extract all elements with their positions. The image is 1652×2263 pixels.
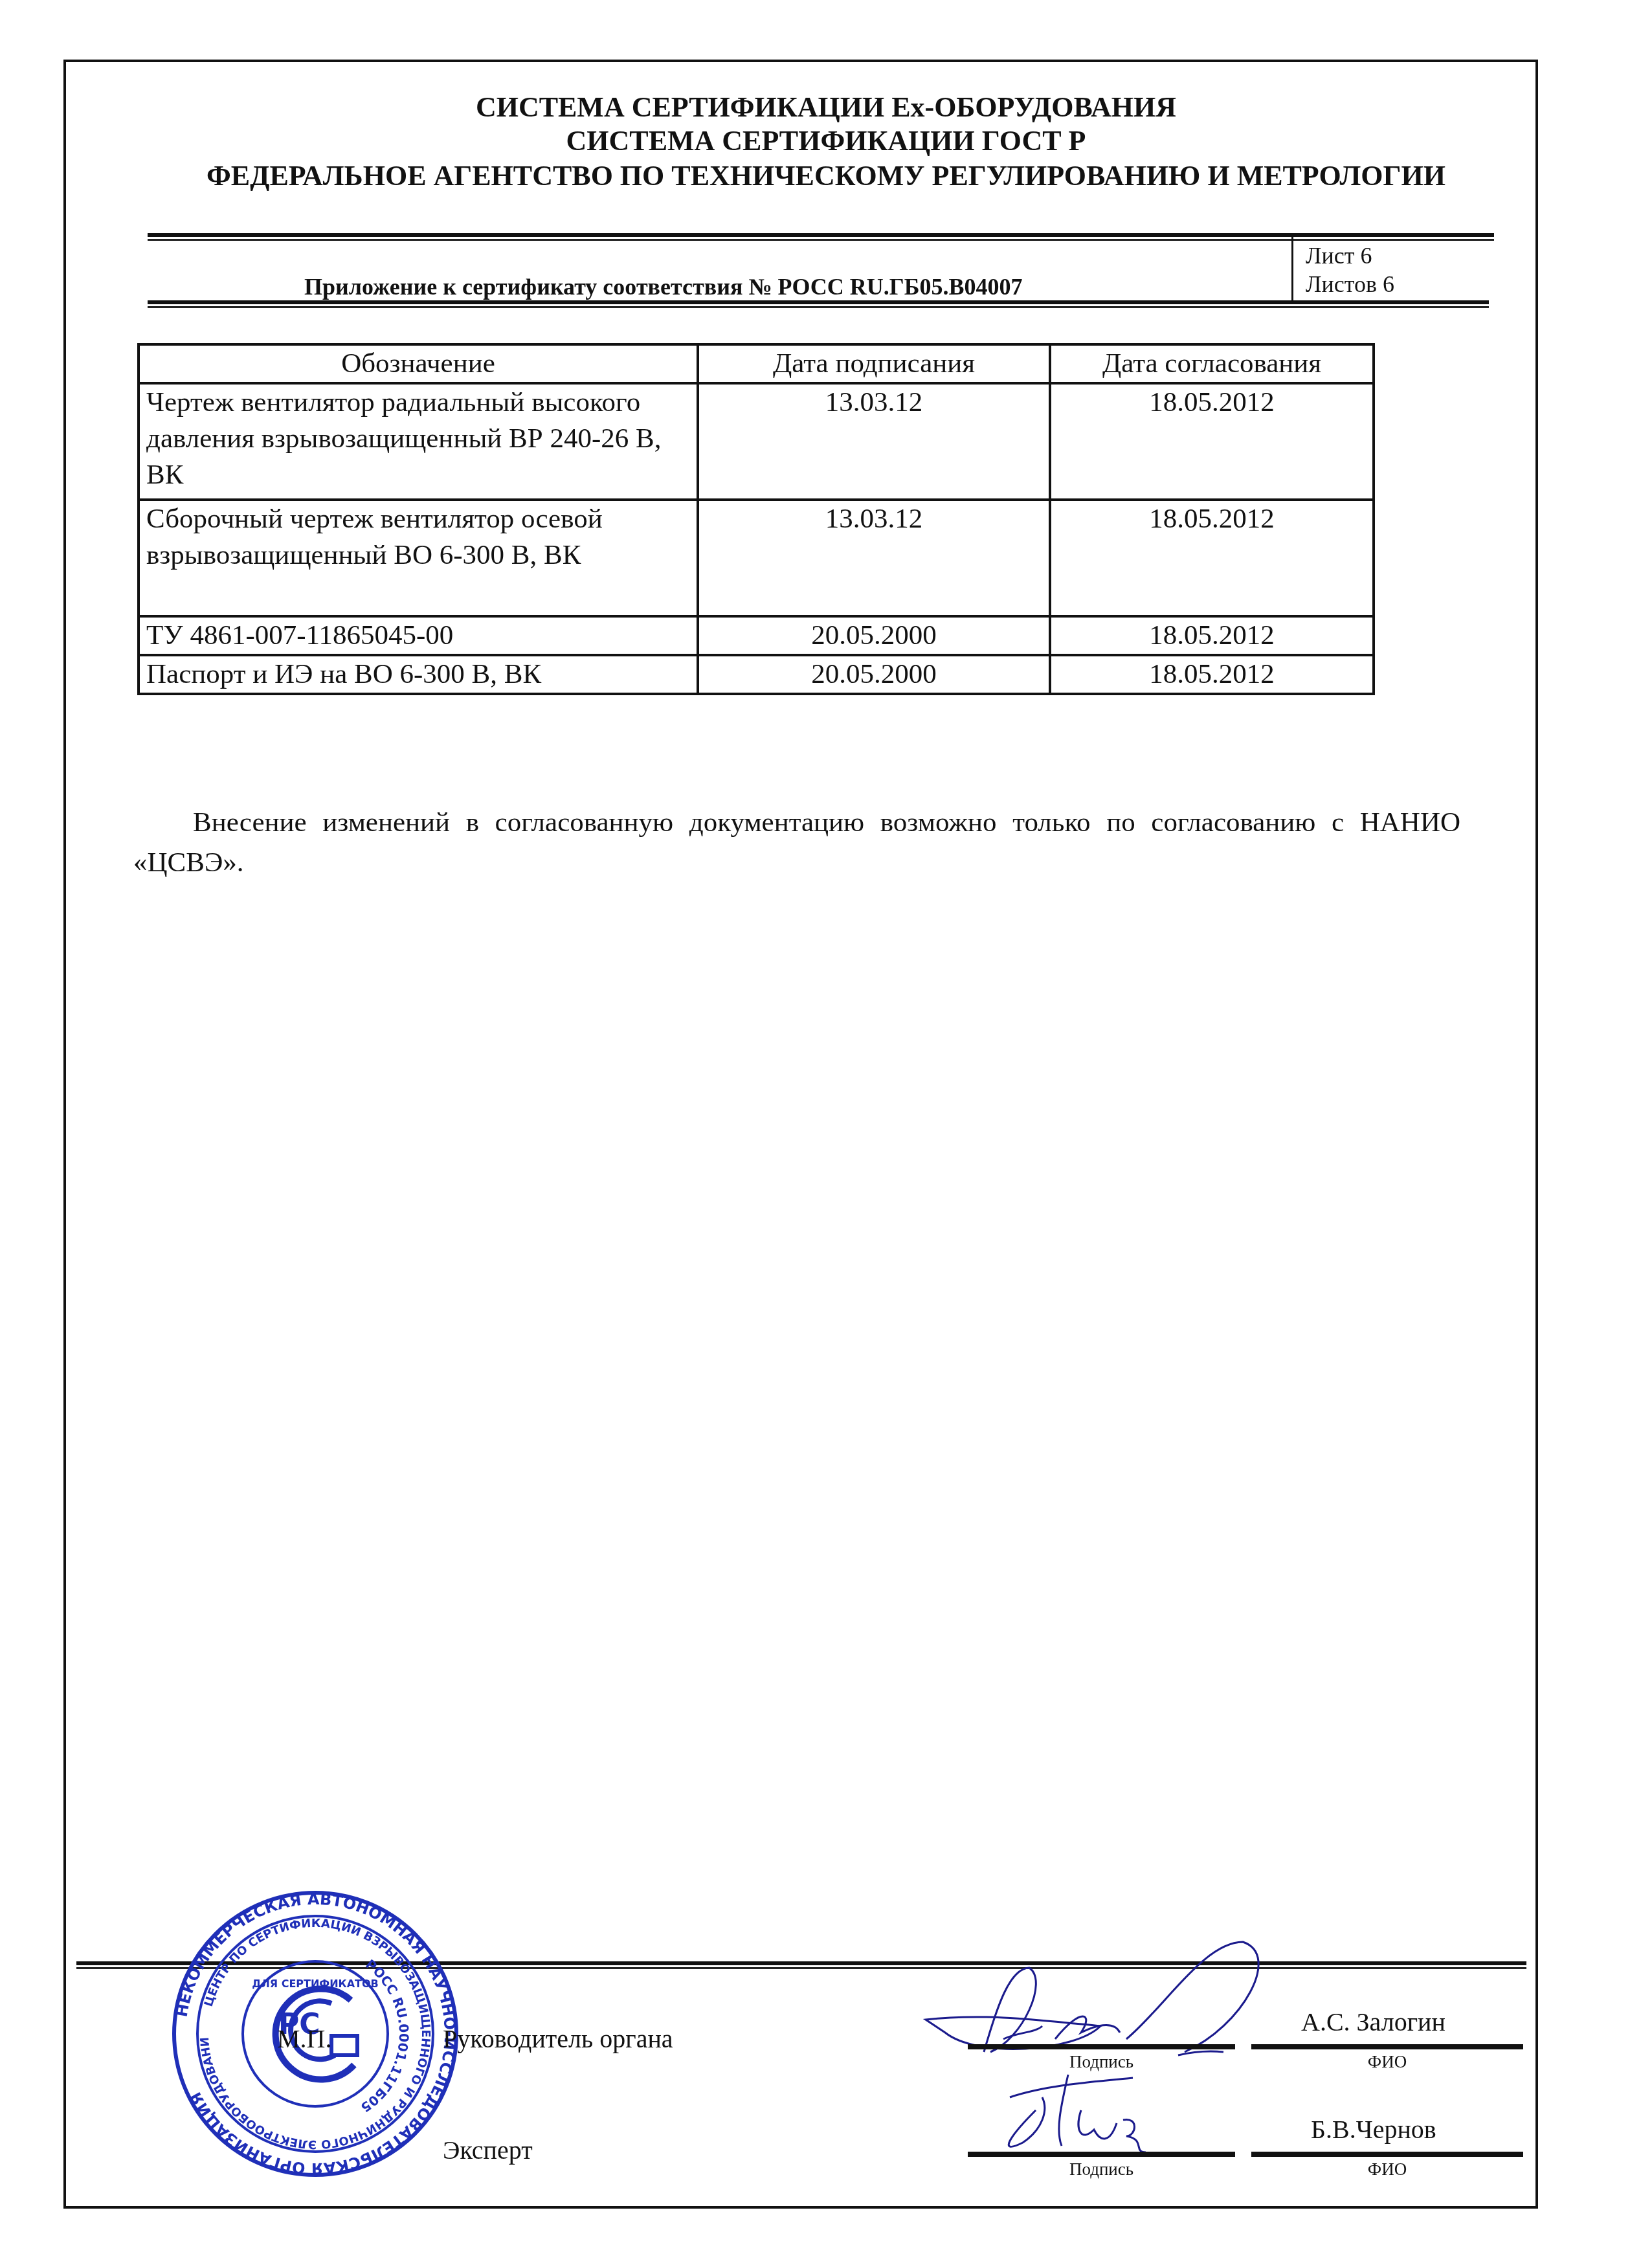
- head-name: А.С. Залогин: [1301, 2007, 1445, 2037]
- documents-table: Обозначение Дата подписания Дата согласо…: [137, 343, 1375, 695]
- header-line-3: ФЕДЕРАЛЬНОЕ АГЕНТСТВО ПО ТЕХНИЧЕСКОМУ РЕ…: [0, 159, 1652, 192]
- expert-name-line: [1251, 2152, 1523, 2157]
- expert-name: Б.В.Чернов: [1311, 2114, 1436, 2145]
- expert-role-label: Эксперт: [443, 2135, 533, 2165]
- column-header-signed-date: Дата подписания: [698, 344, 1050, 383]
- table-row: Чертеж вентилятор радиальный высокого да…: [139, 383, 1374, 500]
- head-signature-caption: Подпись: [968, 2052, 1235, 2072]
- cell-designation: Сборочный чертеж вентилятор осевой взрыв…: [139, 500, 698, 616]
- expert-signature-icon: [997, 2071, 1217, 2156]
- cell-signed-date: 13.03.12: [698, 500, 1050, 616]
- head-name-caption: ФИО: [1251, 2052, 1523, 2072]
- annex-title: Приложение к сертификату соответствия № …: [304, 273, 1023, 300]
- head-signature-line-full: [968, 2044, 1235, 2049]
- table-row: Сборочный чертеж вентилятор осевой взрыв…: [139, 500, 1374, 616]
- cell-designation: Чертеж вентилятор радиальный высокого да…: [139, 383, 698, 500]
- table-header-row: Обозначение Дата подписания Дата согласо…: [139, 344, 1374, 383]
- cell-signed-date: 20.05.2000: [698, 616, 1050, 655]
- cell-approved-date: 18.05.2012: [1050, 500, 1374, 616]
- svg-text:ДЛЯ СЕРТИФИКАТОВ: ДЛЯ СЕРТИФИКАТОВ: [252, 1978, 379, 1990]
- column-header-designation: Обозначение: [139, 344, 698, 383]
- column-header-approved-date: Дата согласования: [1050, 344, 1374, 383]
- table-row: Паспорт и ИЭ на ВО 6-300 В, ВК 20.05.200…: [139, 655, 1374, 694]
- cell-designation: Паспорт и ИЭ на ВО 6-300 В, ВК: [139, 655, 698, 694]
- sheet-number: Лист 6: [1306, 242, 1372, 269]
- cell-approved-date: 18.05.2012: [1050, 655, 1374, 694]
- note-paragraph: Внесение изменений в согласованную докум…: [133, 803, 1460, 883]
- header-line-1: СИСТЕМА СЕРТИФИКАЦИИ Ex-ОБОРУДОВАНИЯ: [0, 91, 1652, 124]
- expert-name-caption: ФИО: [1251, 2159, 1523, 2179]
- expert-signature-caption: Подпись: [968, 2159, 1235, 2179]
- seal-label: М.П.: [277, 2023, 331, 2054]
- cell-approved-date: 18.05.2012: [1050, 383, 1374, 500]
- cell-signed-date: 13.03.12: [698, 383, 1050, 500]
- header-rule-bottom: [148, 300, 1489, 308]
- cell-approved-date: 18.05.2012: [1050, 616, 1374, 655]
- head-role-label: Руководитель органа: [443, 2023, 673, 2054]
- expert-signature-line: [968, 2152, 1235, 2157]
- table-row: ТУ 4861-007-11865045-00 20.05.2000 18.05…: [139, 616, 1374, 655]
- cell-designation: ТУ 4861-007-11865045-00: [139, 616, 698, 655]
- sheets-total: Листов 6: [1306, 271, 1394, 298]
- head-signature-icon: [906, 1929, 1295, 2058]
- head-name-line: [1251, 2044, 1523, 2049]
- cell-signed-date: 20.05.2000: [698, 655, 1050, 694]
- sheet-divider: [1291, 233, 1293, 303]
- header-line-2: СИСТЕМА СЕРТИФИКАЦИИ ГОСТ Р: [0, 124, 1652, 157]
